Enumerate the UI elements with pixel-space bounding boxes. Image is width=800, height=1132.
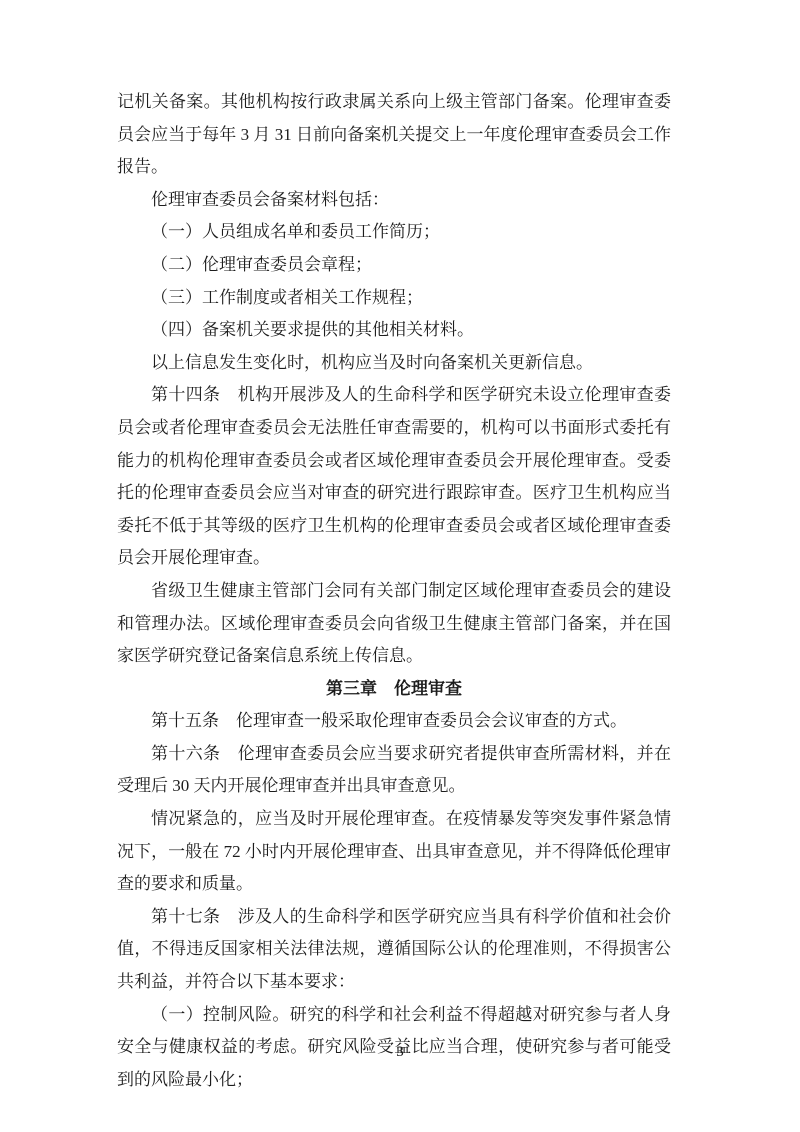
document-page: 记机关备案。其他机构按行政隶属关系向上级主管部门备案。伦理审查委员会应当于每年 …	[0, 0, 800, 1132]
paragraph: （四）备案机关要求提供的其他相关材料。	[117, 314, 671, 347]
paragraph: 省级卫生健康主管部门会同有关部门制定区域伦理审查委员会的建设和管理办法。区域伦理…	[117, 575, 671, 673]
page-number: 3	[0, 1040, 800, 1064]
paragraph: 第十四条 机构开展涉及人的生命科学和医学研究未设立伦理审查委员会或者伦理审查委员…	[117, 379, 671, 575]
paragraph: （一）人员组成名单和委员工作简历；	[117, 216, 671, 249]
paragraph: 第十五条 伦理审查一般采取伦理审查委员会会议审查的方式。	[117, 705, 671, 738]
paragraph: 记机关备案。其他机构按行政隶属关系向上级主管部门备案。伦理审查委员会应当于每年 …	[117, 86, 671, 184]
paragraph: 情况紧急的，应当及时开展伦理审查。在疫情暴发等突发事件紧急情况下，一般在 72 …	[117, 803, 671, 901]
paragraph: 以上信息发生变化时，机构应当及时向备案机关更新信息。	[117, 347, 671, 380]
paragraph: 第十七条 涉及人的生命科学和医学研究应当具有科学价值和社会价值，不得违反国家相关…	[117, 901, 671, 999]
paragraph: （三）工作制度或者相关工作规程；	[117, 282, 671, 315]
paragraph: （二）伦理审查委员会章程；	[117, 249, 671, 282]
chapter-heading: 第三章 伦理审查	[117, 673, 671, 706]
paragraph: 第十六条 伦理审查委员会应当要求研究者提供审查所需材料，并在受理后 30 天内开…	[117, 738, 671, 803]
paragraph: 伦理审查委员会备案材料包括：	[117, 184, 671, 217]
document-body: 记机关备案。其他机构按行政隶属关系向上级主管部门备案。伦理审查委员会应当于每年 …	[117, 86, 671, 1096]
